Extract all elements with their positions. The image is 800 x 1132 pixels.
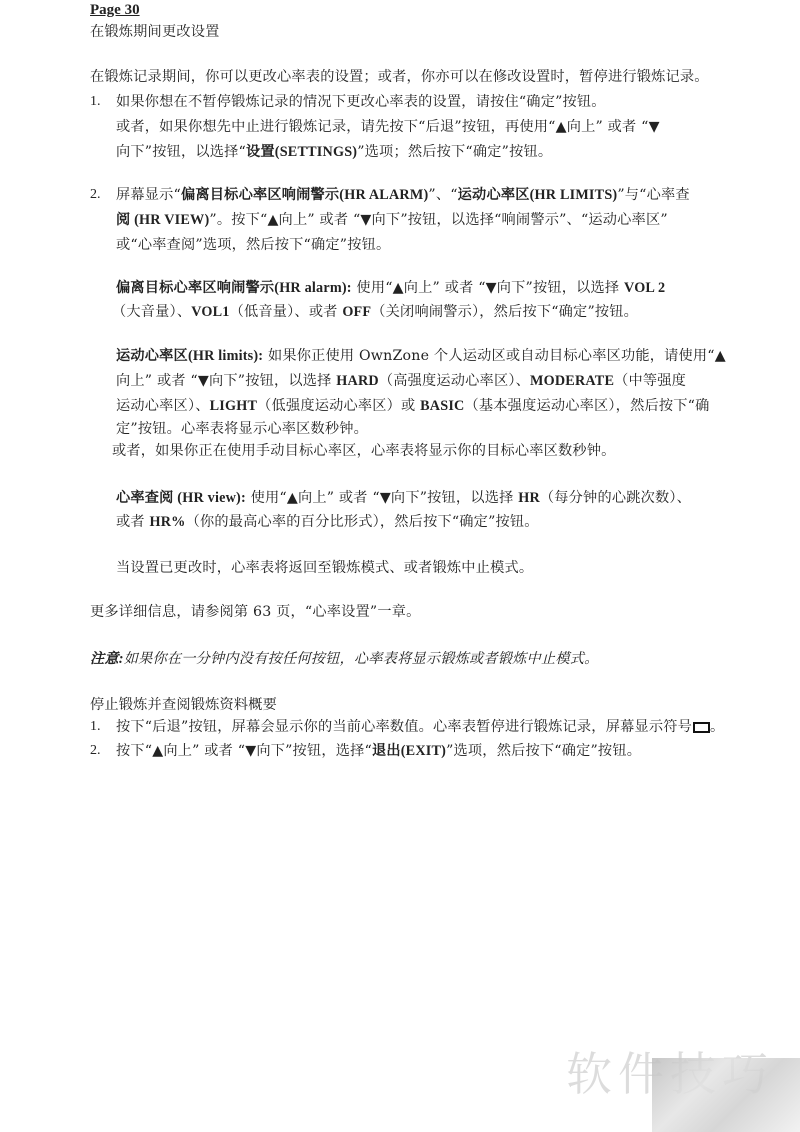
item1-line1: 如果你想在不暂停锻炼记录的情况下更改心率表的设置，请按住“确定”按钮。 [116,92,606,112]
text: （每分钟的心跳次数）、 [540,490,691,506]
hr-limits-option: 运动心率区(HR LIMITS) [458,187,618,203]
blurred-region [652,1058,800,1132]
off-option: OFF [342,304,371,320]
text: ”选项，然后按下“确定”按钮。 [446,743,641,759]
note: 注意:如果你在一分钟内没有按任何按钮，心率表将显示锻炼或者锻炼中止模式。 [90,649,599,669]
section2-item2: 按下“▲向上” 或者 “▼向下”按钮，选择“退出(EXIT)”选项，然后按下“确… [116,741,641,761]
text: （关闭响闹警示），然后按下“确定”按钮。 [371,304,638,320]
text: ”选项；然后按下“确定”按钮。 [357,144,552,160]
exit-option: 退出(EXIT) [372,743,446,759]
text: 使用“▲向上” 或者 “▼向下”按钮，以选择 [246,490,518,506]
text: 按下“▲向上” 或者 “▼向下”按钮，选择“ [116,743,372,759]
text: （大音量）、 [112,304,191,320]
hr-alarm-option: 偏离目标心率区响闹警示(HR ALARM) [181,187,428,203]
note-label: 注意: [90,651,124,667]
hr-option: HR [518,490,540,506]
item2-line1: 屏幕显示“偏离目标心率区响闹警示(HR ALARM)”、“运动心率区(HR LI… [116,185,690,205]
hr-limits-line4: 定”按钮。心率表将显示心率区数秒钟。 [116,419,368,439]
text: 或者 [116,514,150,530]
text: （高强度运动心率区）、 [379,373,530,389]
text: 屏幕显示“ [116,187,181,203]
text: （你的最高心率的百分比形式），然后按下“确定”按钮。 [186,514,539,530]
text: 按下“后退”按钮，屏幕会显示你的当前心率数值。心率表暂停进行锻炼记录，屏幕显示符… [116,719,692,735]
hr-alarm-line1: 偏离目标心率区响闹警示(HR alarm): 使用“▲向上” 或者 “▼向下”按… [116,278,665,298]
hr-percent-option: HR% [150,514,186,530]
list-number: 1. [90,92,101,112]
hr-limits-line2: 向上” 或者 “▼向下”按钮，以选择 HARD（高强度运动心率区）、MODERA… [116,371,686,391]
return-note: 当设置已更改时，心率表将返回至锻炼模式、或者锻炼中止模式。 [116,558,533,578]
text: 运动心率区）、 [116,398,210,414]
list-number: 2. [90,185,101,205]
list-number: 2. [90,741,101,761]
vol1-option: VOL1 [191,304,229,320]
basic-option: BASIC [420,398,464,414]
hr-alarm-line2: （大音量）、VOL1（低音量）、或者 OFF（关闭响闹警示），然后按下“确定”按… [112,302,638,322]
moderate-option: MODERATE [530,373,614,389]
hr-alarm-label: 偏离目标心率区响闹警示(HR alarm): [116,280,352,296]
text: 使用“▲向上” 或者 “▼向下”按钮，以选择 [352,280,624,296]
item1-line3: 向下”按钮，以选择“设置(SETTINGS)”选项；然后按下“确定”按钮。 [116,142,552,162]
text: 如果你正使用 OwnZone 个人运动区或自动目标心率区功能，请使用“▲ [263,348,726,364]
intro-paragraph: 在锻炼记录期间，你可以更改心率表的设置；或者，你亦可以在修改设置时，暂停进行锻炼… [90,67,709,87]
text: （低强度运动心率区）或 [257,398,420,414]
list-number: 1. [90,717,101,737]
text: （低音量）、或者 [230,304,343,320]
section2-title: 停止锻炼并查阅锻炼资料概要 [90,695,277,715]
text: ”与“心率查 [617,187,689,203]
text: （中等强度 [614,373,686,389]
hr-view-line2: 或者 HR%（你的最高心率的百分比形式），然后按下“确定”按钮。 [116,512,539,532]
section-title: 在锻炼期间更改设置 [90,22,220,42]
text: 向上” 或者 “▼向下”按钮，以选择 [116,373,336,389]
note-text: 如果你在一分钟内没有按任何按钮，心率表将显示锻炼或者锻炼中止模式。 [124,651,599,667]
item1-line2: 或者，如果你想先中止进行锻炼记录，请先按下“后退”按钮，再使用“▲向上” 或者 … [116,117,660,137]
hr-view-line1: 心率查阅 (HR view): 使用“▲向上” 或者 “▼向下”按钮，以选择 H… [116,488,691,508]
hr-limits-line3: 运动心率区）、LIGHT（低强度运动心率区）或 BASIC（基本强度运动心率区）… [116,396,709,416]
text: 。 [710,719,724,735]
hard-option: HARD [336,373,379,389]
more-info: 更多详细信息，请参阅第 63 页，“心率设置”一章。 [90,602,421,622]
hr-view-label: 心率查阅 (HR view): [116,490,246,506]
document-page: Page 30 在锻炼期间更改设置 在锻炼记录期间，你可以更改心率表的设置；或者… [0,0,800,1132]
vol2-option: VOL 2 [624,280,665,296]
hr-limits-line5: 或者，如果你正在使用手动目标心率区，心率表将显示你的目标心率区数秒钟。 [112,441,616,461]
light-option: LIGHT [210,398,258,414]
text: ”。按下“▲向上” 或者 “▼向下”按钮，以选择“响闹警示”、“运动心率区” [209,212,667,228]
hr-view-option: 阅 (HR VIEW) [116,212,209,228]
item2-line2: 阅 (HR VIEW)”。按下“▲向上” 或者 “▼向下”按钮，以选择“响闹警示… [116,210,668,230]
settings-option: 设置(SETTINGS) [246,144,357,160]
hr-limits-line1: 运动心率区(HR limits): 如果你正使用 OwnZone 个人运动区或自… [116,346,726,366]
section2-item1: 按下“后退”按钮，屏幕会显示你的当前心率数值。心率表暂停进行锻炼记录，屏幕显示符… [116,717,724,737]
text: 向下”按钮，以选择“ [116,144,246,160]
hr-limits-label: 运动心率区(HR limits): [116,348,263,364]
item2-line3: 或“心率查阅”选项，然后按下“确定”按钮。 [116,235,390,255]
page-number: Page 30 [90,0,140,20]
text: ”、“ [428,187,457,203]
pause-symbol-icon [693,722,710,733]
text: （基本强度运动心率区），然后按下“确 [465,398,710,414]
